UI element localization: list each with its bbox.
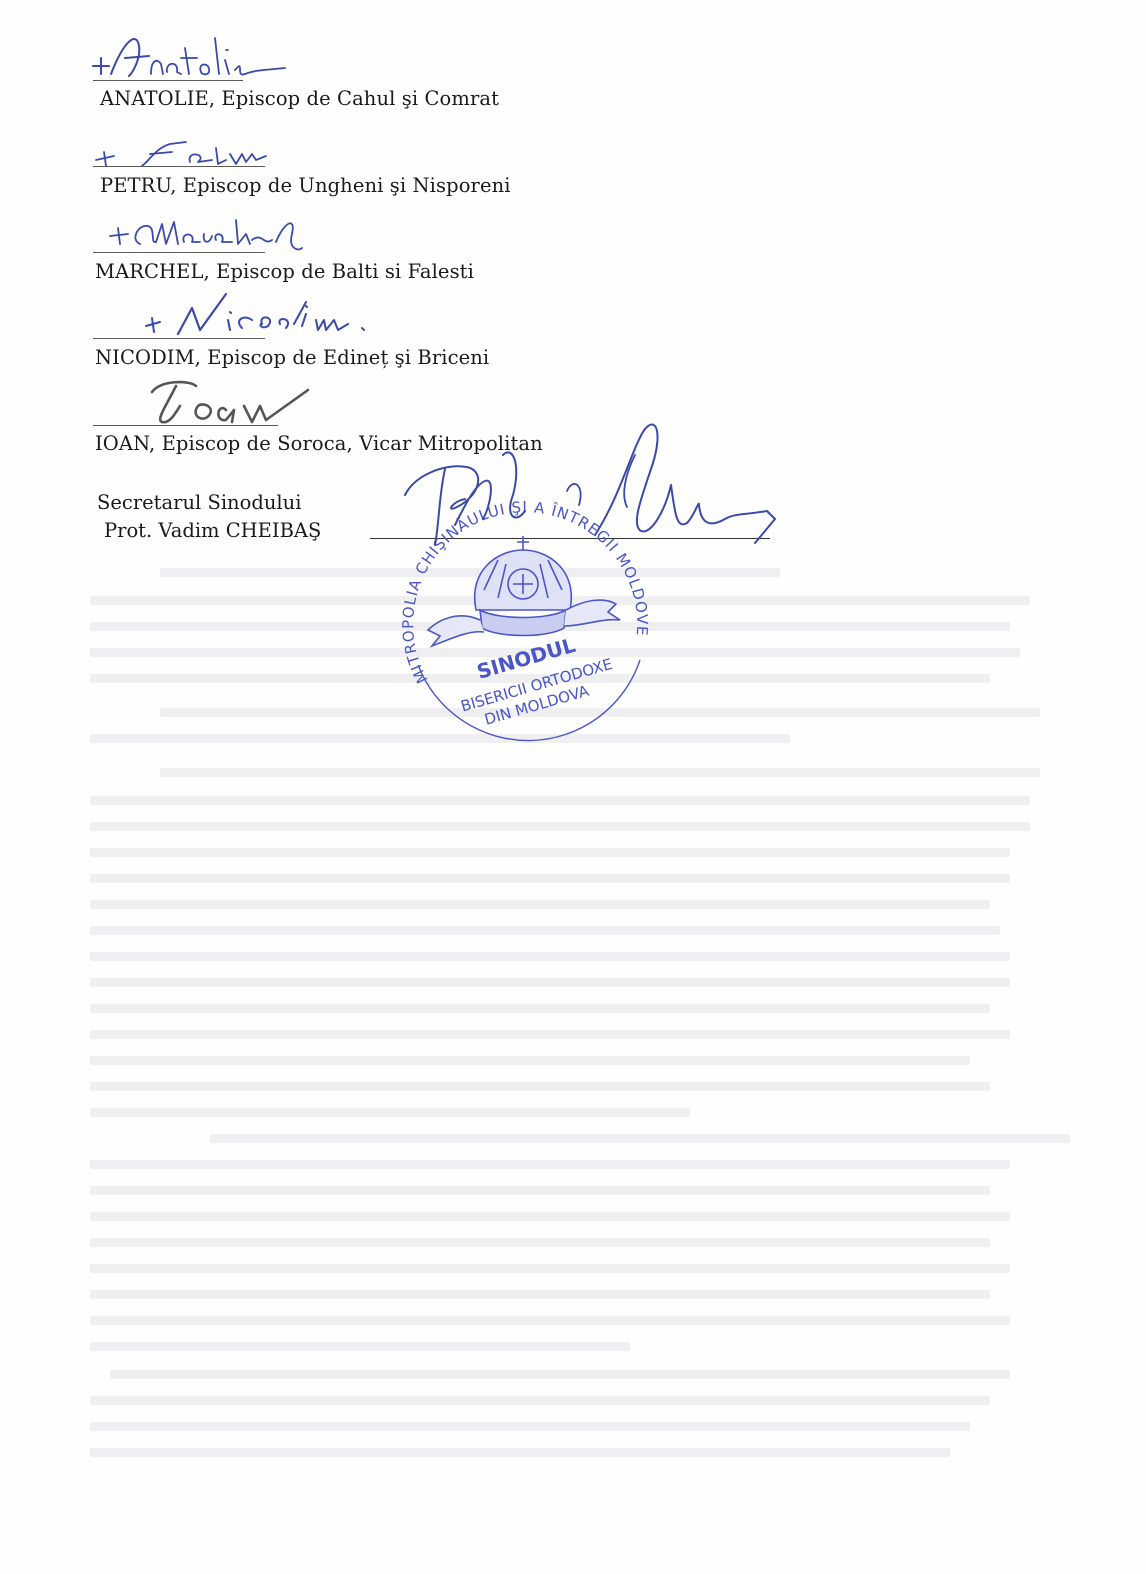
- handwritten-signature: [130, 290, 400, 340]
- secretary-name: Prot. Vadim CHEIBAŞ: [104, 519, 321, 542]
- signatory-name: PETRU, Episcop de Ungheni şi Nisporeni: [100, 174, 511, 197]
- secretary-signature: [395, 415, 785, 555]
- document-page: ANATOLIE, Episcop de Cahul şi Comrat PET…: [0, 0, 1146, 1574]
- secretary-title: Secretarul Sinodului: [97, 491, 301, 514]
- signatory-name: NICODIM, Episcop de Edineț şi Briceni: [95, 346, 489, 369]
- handwritten-signature: [140, 376, 320, 428]
- signatory-name: ANATOLIE, Episcop de Cahul şi Comrat: [100, 87, 499, 110]
- signatory-name: MARCHEL, Episcop de Balti si Falesti: [95, 260, 474, 283]
- handwritten-signature: [85, 28, 315, 84]
